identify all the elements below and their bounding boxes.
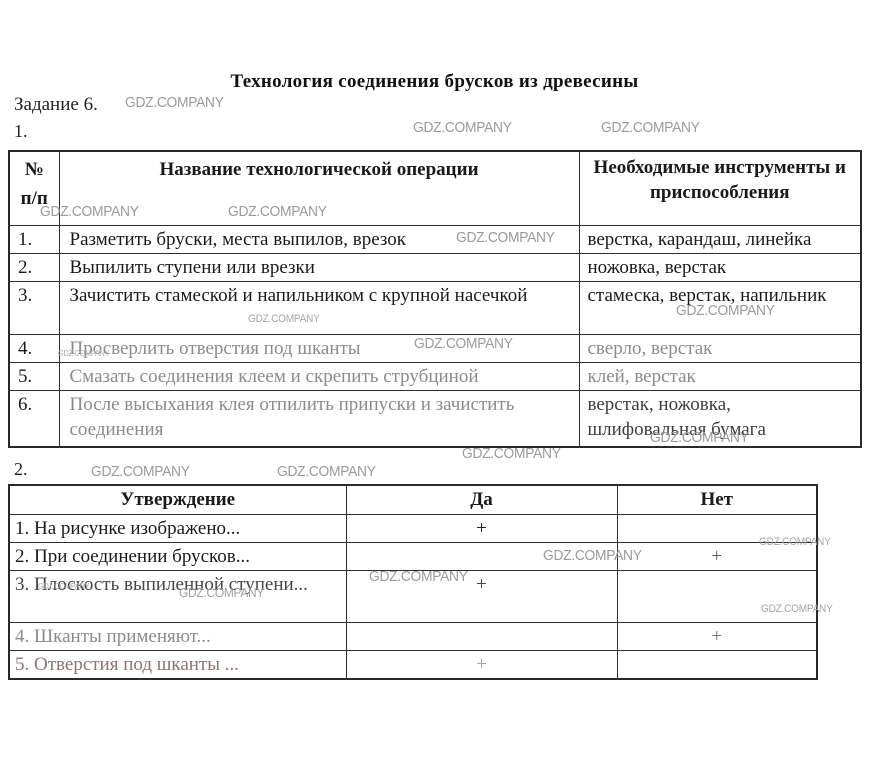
yes-mark-cell [346,623,617,651]
watermark: GDZ.COMPANY [462,446,561,461]
tools-cell: ножовка, верстак [579,253,861,281]
row-number-cell: 1. [9,225,59,253]
row-number-cell: 2. [9,253,59,281]
section-1-label: 1. [14,121,28,142]
statement-cell: 5. Отверстия под шканты ... [9,651,346,680]
watermark: GDZ.COMPANY [761,604,833,615]
operation-cell: После высыхания клея отпилить припуски и… [59,390,579,447]
col-header-tools: Необходимые инструменты и приспособления [579,151,861,225]
watermark: GDZ.COMPANY [759,537,831,548]
col-header-statement: Утверждение [9,485,346,515]
page-title: Технология соединения брусков из древеси… [0,71,869,93]
table-row: 2. При соединении брусков... + [9,543,817,571]
watermark: GDZ.COMPANY [125,95,224,110]
table-row: 1. Разметить бруски, места выпилов, врез… [9,225,861,253]
watermark: GDZ.COMPANY [676,303,775,318]
table-row: 4. Шканты применяют... + [9,623,817,651]
col-header-no: Нет [617,485,817,515]
yes-mark-cell: + [346,651,617,680]
task-label: Задание 6. [14,94,98,116]
tools-cell: сверло, верстак [579,334,861,362]
watermark: GDZ.COMPANY [414,336,513,351]
watermark: GDZ.COMPANY [277,464,376,479]
table-row: 5. Отверстия под шканты ... + [9,651,817,680]
yes-mark-cell: + [346,515,617,543]
section-2-label: 2. [14,459,28,480]
watermark: GDZ.COMPANY [179,586,264,599]
statement-cell: 2. При соединении брусков... [9,543,346,571]
tools-cell: верстка, карандаш, линейка [579,225,861,253]
watermark: GDZ.COMPANY [543,548,642,563]
no-mark-cell [617,651,817,680]
watermark: GDZ.COMPANY [369,569,468,584]
statement-cell: 4. Шканты применяют... [9,623,346,651]
watermark: GDZ.COMPANY [413,120,512,135]
col-header-yes: Да [346,485,617,515]
statement-cell: 1. На рисунке изображено... [9,515,346,543]
watermark: GDZ.COMPANY [228,204,327,219]
watermark: GDZ.COMPANY [650,430,749,445]
watermark: GDZ.COMPANY [248,314,320,325]
watermark: GDZ.COMPANY [40,204,139,219]
table-row: 2. Выпилить ступени или врезки ножовка, … [9,253,861,281]
operation-cell: Выпилить ступени или врезки [59,253,579,281]
operation-cell: Смазать соединения клеем и скрепить стру… [59,362,579,390]
worksheet-page: Технология соединения брусков из древеси… [0,0,869,763]
tools-cell: клей, верстак [579,362,861,390]
watermark: GDZ.COMPANY [601,120,700,135]
row-number-cell: 6. [9,390,59,447]
watermark: GDZ.COMPANY [456,230,555,245]
no-mark-cell: + [617,623,817,651]
operation-cell: Зачистить стамеской и напильником с круп… [59,281,579,334]
table-row: 1. На рисунке изображено... + [9,515,817,543]
row-number-cell: 4. [9,334,59,362]
operations-table: № п/п Название технологической операции … [8,150,862,448]
watermark: GDZ.COMPANY [38,583,89,591]
row-number-cell: 3. [9,281,59,334]
row-number-cell: 5. [9,362,59,390]
watermark: GDZ.COMPANY [91,464,190,479]
watermark: GDZ.COMPANY [58,350,109,358]
table-row: 5. Смазать соединения клеем и скрепить с… [9,362,861,390]
statement-cell: 3. Плоскость выпиленной ступени... [9,571,346,623]
